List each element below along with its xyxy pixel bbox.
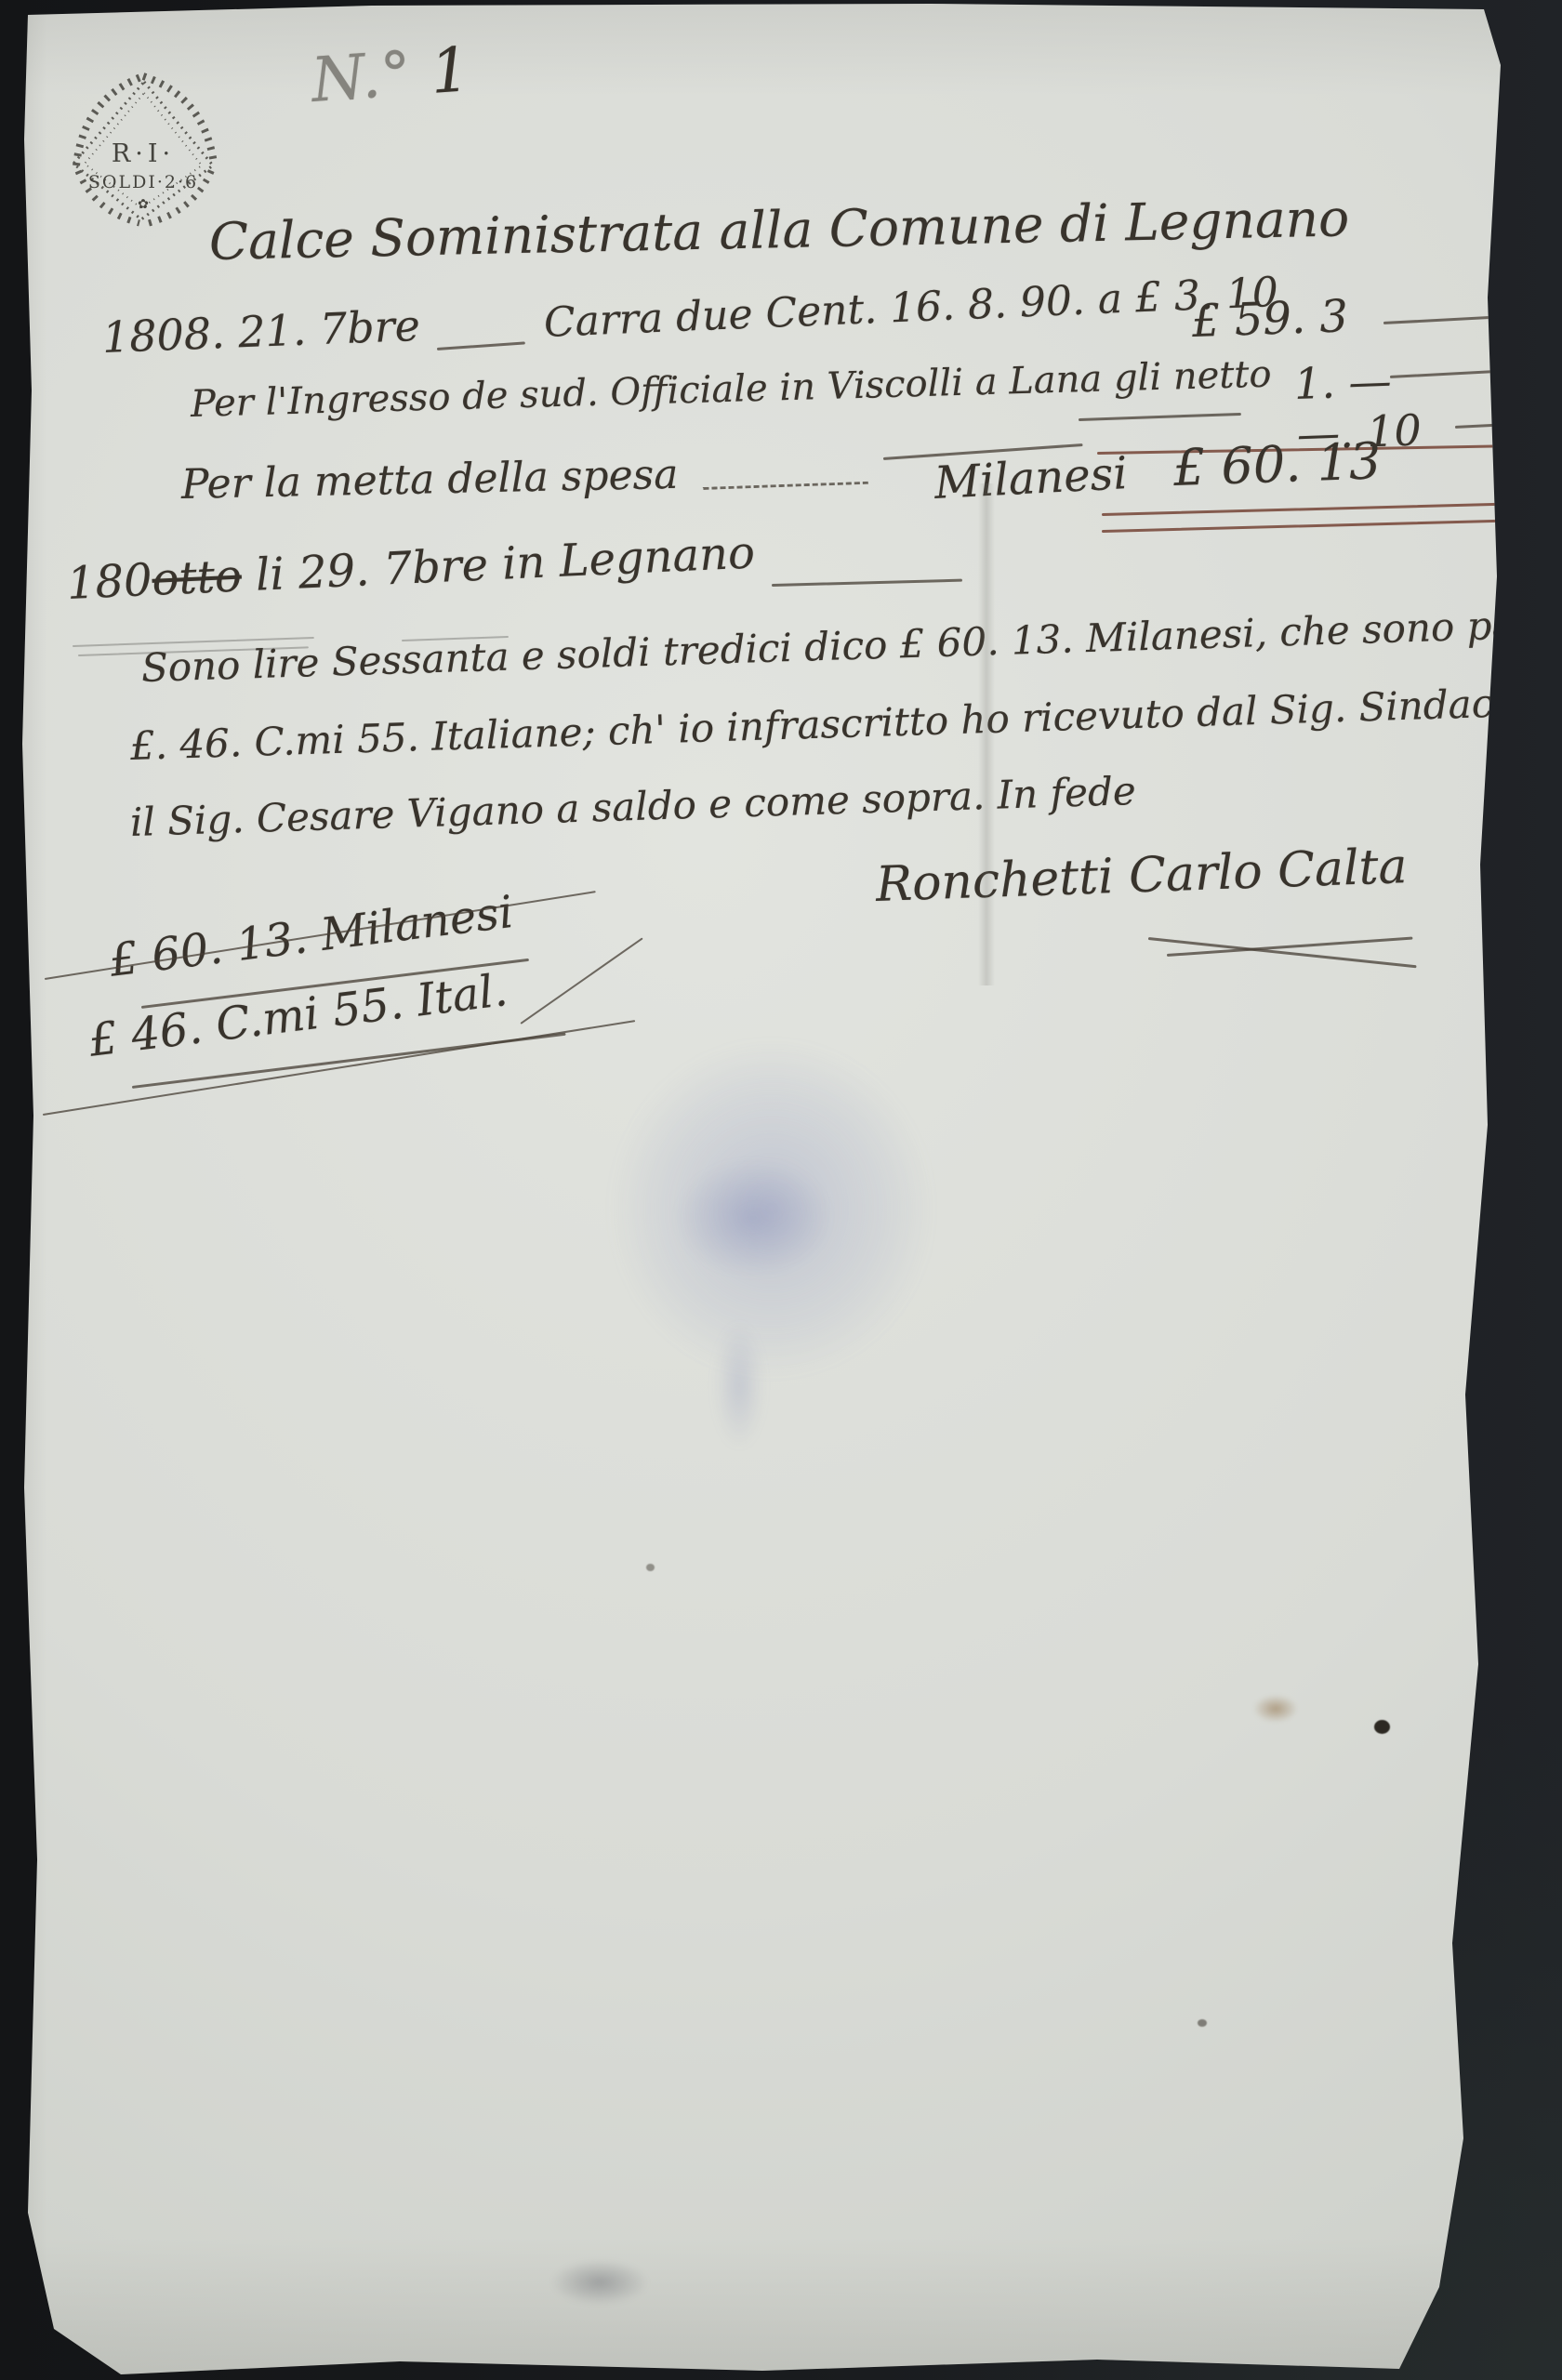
account-row-2-amount: 1. — (1293, 355, 1392, 409)
ink-rule (772, 579, 962, 587)
dateline-struck: otto (151, 550, 243, 606)
stamp-rosette-icon: ✿ (138, 197, 149, 212)
photo-background: R·I· SOLDI·2·6 ✿ N.° 1 Calce Soministrat… (0, 0, 1562, 2380)
strike-line (520, 937, 642, 1024)
watermark-blue-streak (707, 1302, 772, 1469)
account-row-1-date: 1808. 21. 7bre (101, 300, 421, 363)
receipt-body-line-2: £. 46. C.mi 55. Italiane; ch' io infrasc… (129, 679, 1562, 769)
stain (1246, 1690, 1305, 1727)
ink-rule (702, 482, 869, 490)
ink-rule (437, 341, 525, 350)
paper-sheet: R·I· SOLDI·2·6 ✿ N.° 1 Calce Soministrat… (0, 0, 1562, 2380)
account-row-2-description: Per l'Ingresso de sud. Officiale in Visc… (190, 353, 1272, 426)
total-amount: £ 60. 13 (1172, 431, 1382, 497)
ink-rule (1455, 422, 1534, 429)
signature: Ronchetti Carlo Calta (875, 839, 1408, 913)
stamp-line2: SOLDI·2·6 (88, 172, 198, 192)
account-row-1-description: Carra due Cent. 16. 8. 90. a £ 3. 10 (543, 269, 1279, 347)
ink-rule (1383, 314, 1532, 324)
folio-number: N.° 1 (309, 33, 471, 116)
total-currency-label: Milanesi (933, 447, 1129, 509)
account-row-1-amount: £ 59. 3 (1191, 290, 1349, 348)
dateline-prefix: 180 (66, 554, 153, 610)
watermark-blue-stamp-inner (642, 1134, 865, 1302)
revenue-stamp: R·I· SOLDI·2·6 ✿ (58, 52, 230, 229)
account-row-3-description: Per la metta della spesa (180, 451, 678, 509)
paper-crease (978, 483, 995, 985)
smudge (530, 2250, 669, 2315)
folio-label: N.° (309, 38, 414, 116)
ink-speck (646, 1564, 655, 1571)
ink-rule (1079, 413, 1241, 421)
ink-speck (1374, 1720, 1390, 1734)
dateline: 180otto li 29. 7bre in Legnano (66, 526, 756, 610)
document-heading: Calce Soministrata alla Comune di Legnan… (208, 188, 1349, 271)
folio-value: 1 (429, 33, 472, 108)
total-rule-bottom-2 (1102, 519, 1529, 533)
stamp-line1: R·I· (112, 139, 175, 168)
dateline-rest: li 29. 7bre in Legnano (241, 526, 757, 602)
total-rule-bottom-1 (1102, 502, 1529, 516)
receipt-body-line-1: Sono lire Sessanta e soldi tredici dico … (140, 600, 1562, 691)
ink-speck (1198, 2019, 1207, 2027)
ink-rule (1390, 368, 1529, 378)
